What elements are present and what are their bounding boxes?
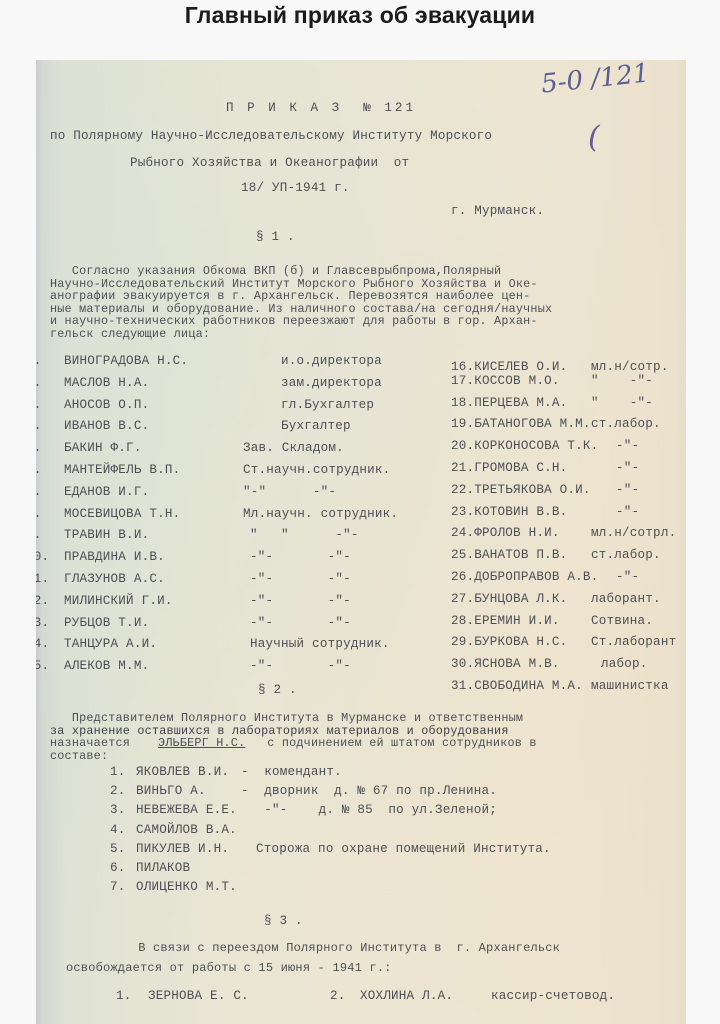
list-item-number: 13. xyxy=(36,617,49,630)
list-item-role: Зав. Складом. xyxy=(243,442,344,455)
appointee-name: ЭЛЬБЕРГ Н.С. xyxy=(158,737,245,750)
list-item-role: мл.н/сотрл. xyxy=(591,527,676,540)
list-item-number: 12. xyxy=(36,595,49,608)
list-item-name: ВИНЬГО А. xyxy=(136,785,206,798)
list-item-name: НЕВЕЖЕВА Е.Е. xyxy=(136,804,237,817)
list-item-role: -"- xyxy=(616,462,639,475)
list-item-name: 19.БАТАНОГОВА М.М. xyxy=(451,418,591,431)
list-item-name: 18.ПЕРЦЕВА М.А. xyxy=(451,397,567,410)
list-item-role: - комендант. xyxy=(241,766,342,779)
list-item-role: - дворник д. № 67 по пр.Ленина. xyxy=(241,785,497,798)
list-item-number: 3. xyxy=(36,399,42,412)
list-item-name: 25.ВАНАТОВ П.В. xyxy=(451,549,567,562)
list-item-number: 1. xyxy=(110,766,126,779)
list-item-number: 7. xyxy=(36,486,42,499)
list-item-number: 3. xyxy=(110,804,126,817)
list-item-name: МАСЛОВ Н.А. xyxy=(64,377,149,390)
list-item-role: -"- -"- xyxy=(250,595,351,608)
archive-mark: 5-0 /121 xyxy=(540,60,651,100)
list-item-role: машинистка xyxy=(591,680,669,693)
order-title: П Р И К А З № 121 xyxy=(226,102,416,115)
list-item-name: ПИКУЛЕВ И.Н. xyxy=(136,843,229,856)
section3-heading: § 3 . xyxy=(264,915,303,928)
list-item-role: ст.лабор. xyxy=(591,418,661,431)
list-item-role: Ст.научн.сотрудник. xyxy=(243,464,390,477)
handwritten-bracket: ( xyxy=(588,120,600,155)
list-item-role: Научный сотрудник. xyxy=(250,638,390,651)
list-item-number: 2. xyxy=(110,785,126,798)
list-item-name: 17.КОССОВ М.О. xyxy=(451,375,560,388)
page-title: Главный приказ об эвакуации xyxy=(0,2,720,29)
list-item-number: 2. xyxy=(36,377,42,390)
list-item-role: и.о.директора xyxy=(281,355,382,368)
list-item-name: ГЛАЗУНОВ А.С. xyxy=(64,573,165,586)
list-item-name: АНОСОВ О.П. xyxy=(64,399,149,412)
list-item-number: 15. xyxy=(36,660,49,673)
list-item-name: САМОЙЛОВ В.А. xyxy=(136,824,237,837)
list-item-role: Ст.лаборант xyxy=(591,636,676,649)
list-item-role: " -"- xyxy=(591,375,653,388)
list-item-name: 24.ФРОЛОВ Н.И. xyxy=(451,527,560,540)
list-item-name: 23.КОТОВИН В.В. xyxy=(451,506,567,519)
list-item-role: -"- xyxy=(616,571,639,584)
paragraph-line: гельск следующие лица: xyxy=(50,328,210,341)
list-item-number: 5. xyxy=(110,843,126,856)
list-item-name: МАНТЕЙФЕЛЬ В.П. xyxy=(64,464,180,477)
list-item-name: РУБЦОВ Т.И. xyxy=(64,617,149,630)
list-item-number: 14. xyxy=(36,638,49,651)
list-item-number: 11. xyxy=(36,573,49,586)
order-header-line2: Рыбного Хозяйства и Океанографии от xyxy=(130,157,409,170)
list-item-number: 8. xyxy=(36,508,42,521)
list-item-name: 29.БУРКОВА Н.С. xyxy=(451,636,567,649)
list-item-name: ТАНЦУРА А.И. xyxy=(64,638,157,651)
list-item-role: -"- -"- xyxy=(250,617,351,630)
list-item-role: -"- xyxy=(616,484,639,497)
list-item-name: 30.ЯСНОВА М.В. xyxy=(451,658,560,671)
order-header-line1: по Полярному Научно-Исследовательскому И… xyxy=(50,130,492,143)
list-item-name: ВИНОГРАДОВА Н.С. xyxy=(64,355,188,368)
list-item-name: БАКИН Ф.Г. xyxy=(64,442,142,455)
list-item-name: 28.ЕРЕМИН И.И. xyxy=(451,615,560,628)
list-item-number: 7. xyxy=(110,881,126,894)
paragraph-line: освобождается от работы с 15 июня - 1941… xyxy=(66,962,392,975)
list-item-role: мл.н/сотр. xyxy=(591,361,669,374)
list-item-role: -"- д. № 85 по ул.Зеленой; xyxy=(241,804,497,817)
list-item-number: 1. xyxy=(116,990,132,1003)
list-item-role: -"- -"- xyxy=(250,660,351,673)
list-item-role: -"- xyxy=(616,506,639,519)
list-item-role: лаборант. xyxy=(591,593,661,606)
paragraph-line: В связи с переездом Полярного Института … xyxy=(116,942,560,955)
list-item-role: Бухгалтер xyxy=(281,420,351,433)
list-item-number: 1. xyxy=(36,355,42,368)
list-item-name: 22.ТРЕТЬЯКОВА О.И. xyxy=(451,484,591,497)
list-item-name: 27.БУНЦОВА Л.К. xyxy=(451,593,567,606)
list-item-number: 2. xyxy=(330,990,346,1003)
document-scan: 5-0 /121 ( П Р И К А З № 121 по Полярном… xyxy=(36,60,686,1024)
list-item-role: " " -"- xyxy=(250,529,359,542)
list-item-name: ЯКОВЛЕВ В.И. xyxy=(136,766,229,779)
list-item-role: "-" -"- xyxy=(243,486,336,499)
list-item-number: 5. xyxy=(36,442,42,455)
list-item-role: -"- -"- xyxy=(250,551,351,564)
list-item-name: ПРАВДИНА И.В. xyxy=(64,551,165,564)
list-item-name: ТРАВИН В.И. xyxy=(64,529,149,542)
list-item-name: ИВАНОВ В.С. xyxy=(64,420,149,433)
list-item-name: 21.ГРОМОВА С.Н. xyxy=(451,462,567,475)
list-item-role: зам.директора xyxy=(281,377,382,390)
list-item-number: 9. xyxy=(36,529,42,542)
paragraph-line: составе: xyxy=(50,750,108,763)
list-item-name: АЛЕКОВ М.М. xyxy=(64,660,149,673)
list-item-role: Сотвина. xyxy=(591,615,653,628)
list-item-role: гл.Бухгалтер xyxy=(281,399,374,412)
list-item-role: кассир-счетовод. xyxy=(491,990,615,1003)
list-item-name: ПИЛАКОВ xyxy=(136,862,190,875)
list-item-role: -"- -"- xyxy=(250,573,351,586)
list-item-role: Сторожа по охране помещений Института. xyxy=(256,843,551,856)
list-item-number: 4. xyxy=(110,824,126,837)
section1-heading: § 1 . xyxy=(256,231,295,244)
list-item-role: -"- xyxy=(616,440,639,453)
list-item-name: ЗЕРНОВА Е. С. xyxy=(148,990,249,1003)
list-item-name: 20.КОРКОНОСОВА Т.К. xyxy=(451,440,598,453)
list-item-name: МИЛИНСКИЙ Г.И. xyxy=(64,595,173,608)
order-place: г. Мурманск. xyxy=(451,205,544,218)
list-item-name: 16.КИСЕЛЕВ О.И. xyxy=(451,361,567,374)
list-item-number: 6. xyxy=(110,862,126,875)
list-item-role: лабор. xyxy=(601,658,648,671)
list-item-number: 6. xyxy=(36,464,42,477)
list-item-name: 26.ДОБРОПРАВОВ А.В. xyxy=(451,571,598,584)
list-item-role: " -"- xyxy=(591,397,653,410)
list-item-number: 4. xyxy=(36,420,42,433)
list-item-role: ст.лабор. xyxy=(591,549,661,562)
list-item-number: 10. xyxy=(36,551,49,564)
order-date: 18/ УП-1941 г. xyxy=(241,182,350,195)
list-item-name: МОСЕВИЦОВА Т.Н. xyxy=(64,508,180,521)
list-item-role: Мл.научн. сотрудник. xyxy=(243,508,398,521)
section2-heading: § 2 . xyxy=(258,684,297,697)
paragraph-line: с подчинением ей штатом сотрудников в xyxy=(260,737,537,750)
list-item-name: ЕДАНОВ И.Г. xyxy=(64,486,149,499)
list-item-name: ОЛИЦЕНКО М.Т. xyxy=(136,881,237,894)
list-item-name: ХОХЛИНА Л.А. xyxy=(360,990,453,1003)
list-item-name: 31.СВОБОДИНА М.А. xyxy=(451,680,583,693)
